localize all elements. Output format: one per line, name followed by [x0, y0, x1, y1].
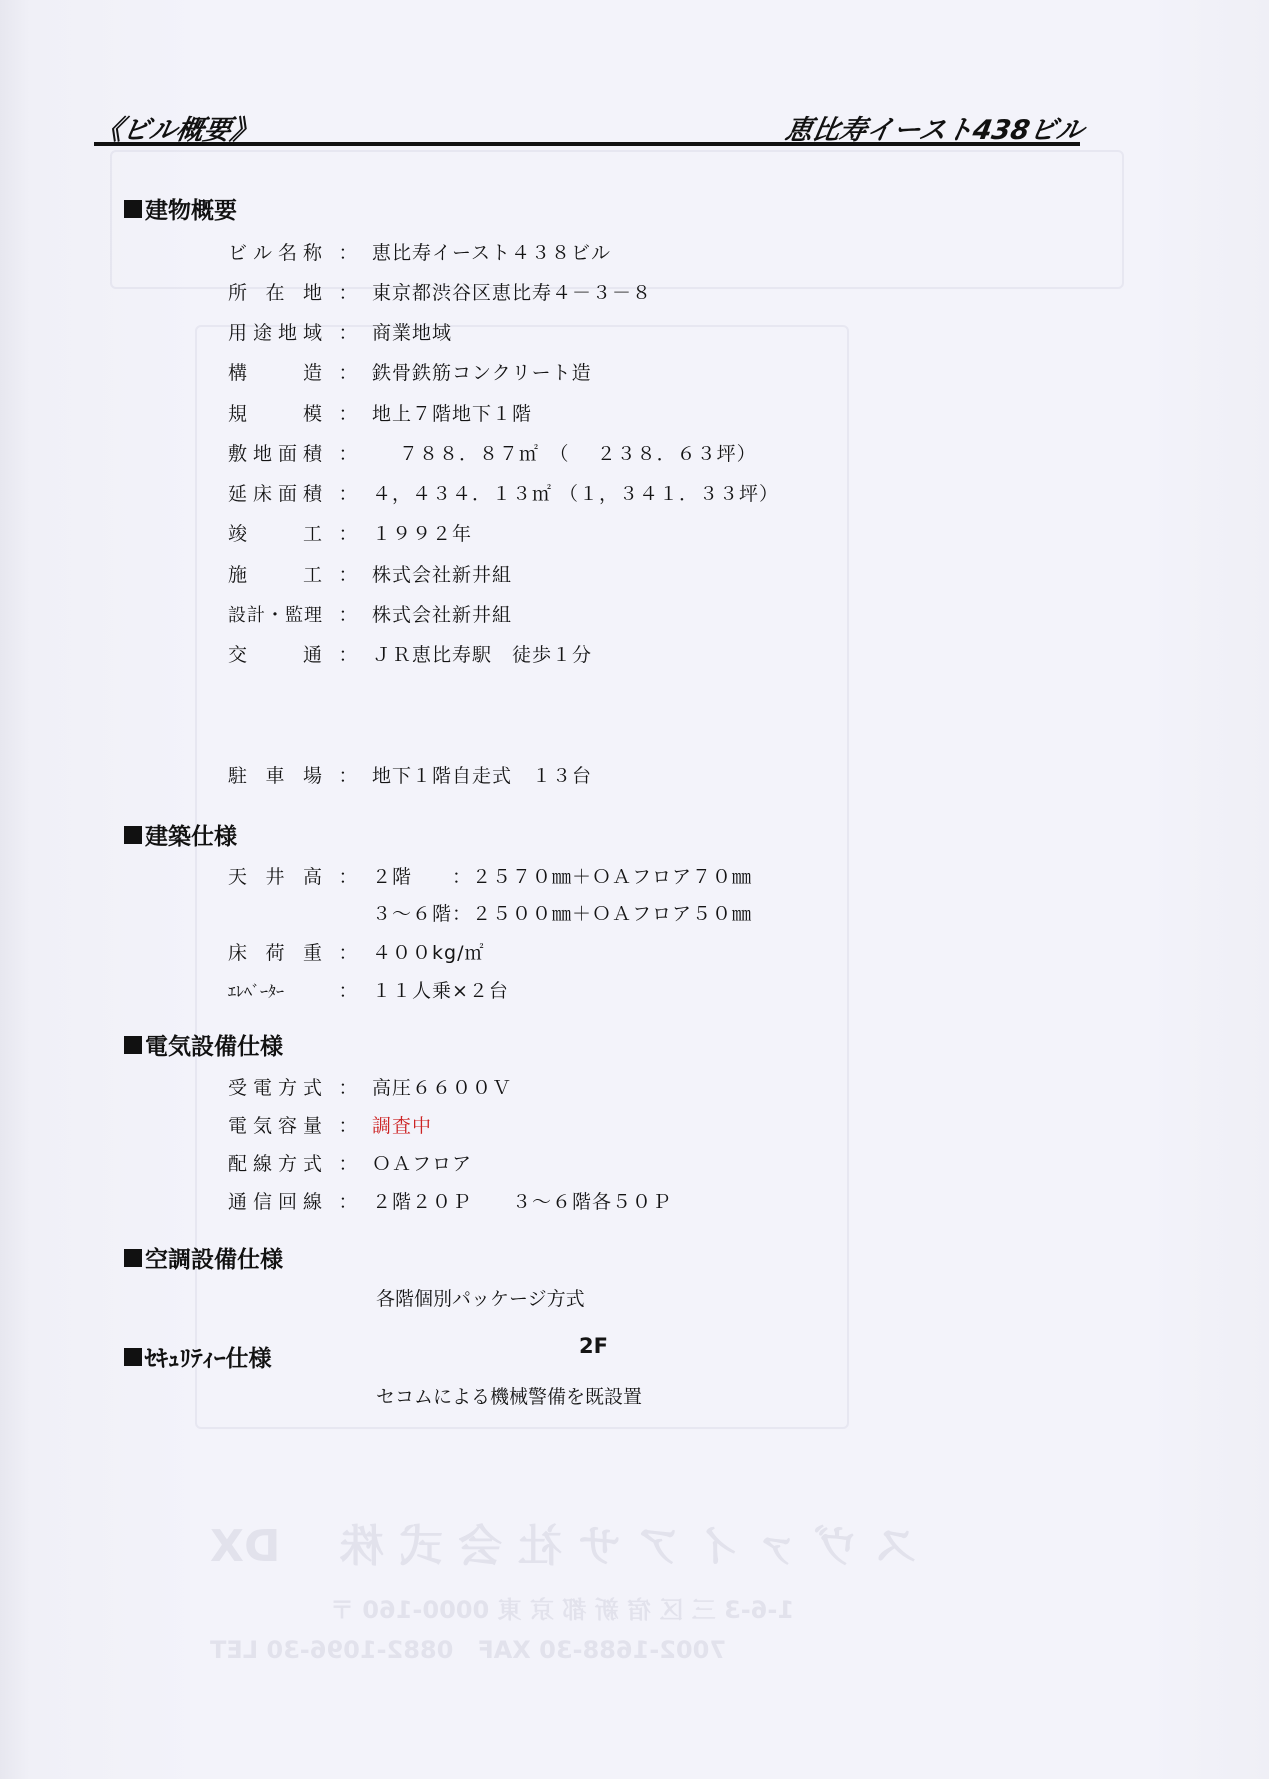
- bleed-through-box: [110, 150, 1124, 289]
- security-description: セコムによる機械警備を既設置: [376, 1382, 642, 1409]
- spec-row: 施 工 ： 株式会社新井組: [228, 560, 512, 587]
- header-divider: [94, 142, 1080, 146]
- spec-row: ｴﾚﾍﾞｰﾀｰ ： １１人乗×２台: [228, 976, 509, 1003]
- document-page: ス ヴ ァ イ ア サ 社 会 式 株 DX 1-6-3 三 区 宿 新 都 京…: [0, 0, 1269, 1779]
- spec-row: 交 通 ： ＪＲ恵比寿駅 徒歩１分: [228, 640, 592, 667]
- spec-row: 構 造 ： 鉄骨鉄筋コンクリート造: [228, 358, 592, 385]
- spec-row: 設計・監理 ： 株式会社新井組: [228, 600, 512, 627]
- spec-row: 天 井 高 ： ２階 ：２５７０㎜＋ＯＡフロア７０㎜: [228, 862, 752, 889]
- square-bullet-icon: [124, 826, 142, 844]
- spec-row: 電気容量 ： 調査中: [228, 1111, 432, 1138]
- hvac-description: 各階個別パッケージ方式: [376, 1284, 585, 1311]
- square-bullet-icon: [124, 1249, 142, 1267]
- section-title-architecture: 建築仕様: [124, 818, 237, 851]
- square-bullet-icon: [124, 1036, 142, 1054]
- spec-row: 所 在 地 ： 東京都渋谷区恵比寿４－３－８: [228, 278, 652, 305]
- spec-row: 駐 車 場 ： 地下１階自走式 １３台: [228, 761, 592, 788]
- section-title-electrical: 電気設備仕様: [124, 1028, 283, 1061]
- spec-row: 敷地面積 ： ７８８．８７㎡ （ ２３８．６３坪）: [228, 439, 757, 466]
- spec-row: 規 模 ： 地上７階地下１階: [228, 399, 532, 426]
- section-title-building: 建物概要: [124, 192, 237, 225]
- spec-row: 受電方式 ： 高圧６６００Ｖ: [228, 1073, 512, 1100]
- spec-row: 通信回線 ： ２階２０Ｐ ３～６階各５０Ｐ: [228, 1187, 672, 1214]
- section-title-hvac: 空調設備仕様: [124, 1241, 283, 1274]
- spec-row: ビル名称 ： 恵比寿イースト４３８ビル: [228, 238, 611, 265]
- spec-row: 床 荷 重 ： ４００kg/㎡: [228, 938, 484, 965]
- spec-row: 配線方式 ： ＯＡフロア: [228, 1149, 472, 1176]
- spec-row: ３～６階：２５００㎜＋ＯＡフロア５０㎜: [228, 899, 752, 926]
- square-bullet-icon: [124, 200, 142, 218]
- spec-row: 延床面積 ： ４，４３４．１３㎡ （１，３４１．３３坪）: [228, 479, 779, 506]
- status-pending-text: 調査中: [372, 1111, 432, 1138]
- bleed-through-text: ス ヴ ァ イ ア サ 社 会 式 株 DX: [210, 1510, 918, 1574]
- square-bullet-icon: [124, 1348, 142, 1366]
- security-floor-label: 2F: [579, 1334, 608, 1358]
- bleed-through-text: 7002-1688-30 XAF 0882-1096-30 LET: [210, 1630, 726, 1665]
- section-title-security: ｾｷｭﾘﾃｨｰ仕様: [124, 1340, 272, 1373]
- spec-row: 用途地域 ： 商業地域: [228, 318, 452, 345]
- spec-row: 竣 工 ： １９９２年: [228, 519, 472, 546]
- bleed-through-text: 1-6-3 三 区 宿 新 都 京 東 0000-160 〒: [330, 1590, 794, 1625]
